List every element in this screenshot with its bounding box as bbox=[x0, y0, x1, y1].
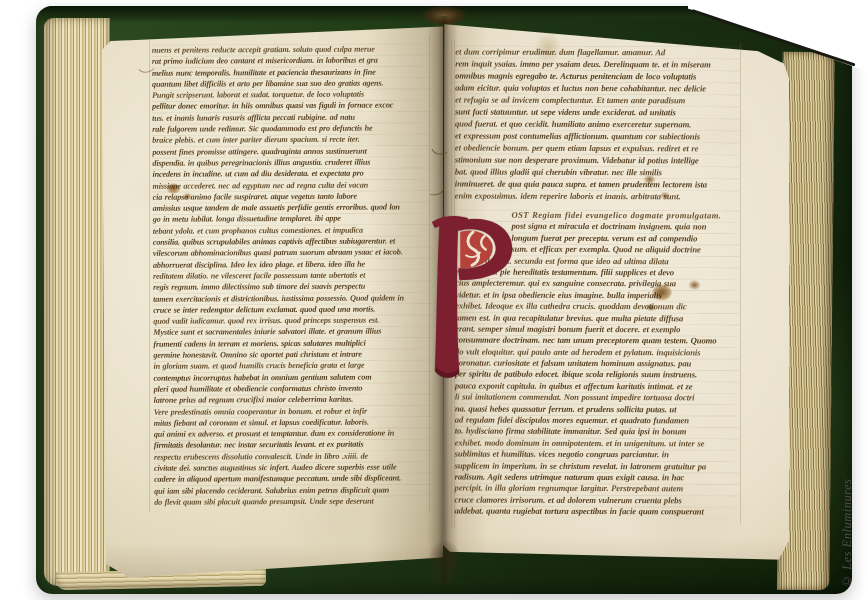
gutter-foot-shadow bbox=[422, 538, 468, 584]
text-line: li sui imitationem commendat. Non possun… bbox=[455, 392, 739, 404]
illuminated-initial-p-icon bbox=[429, 210, 519, 386]
text-line: ad regulam fidei discipulos mores equemu… bbox=[455, 415, 739, 427]
page-edges-left bbox=[44, 18, 110, 586]
text-line: et obediencie bonum. per quem etiam laps… bbox=[455, 142, 739, 155]
text-line: et dum corripimur erudimur. dum flagella… bbox=[455, 46, 739, 59]
text-line: sublimitas et humilitas. vices negotio c… bbox=[455, 449, 739, 461]
text-line: to. hydisciano firma stabilitate immanit… bbox=[455, 426, 739, 438]
text-line: et expressum post contumelias affliction… bbox=[455, 130, 739, 143]
text-line: exhibet. modo dominum in omnipotentem. e… bbox=[455, 437, 739, 449]
illuminated-initial-letter: P bbox=[0, 0, 1, 1]
text-line: cadere in aliquod apertum manifestumque … bbox=[154, 473, 432, 486]
text-line: et refugia se ad invicem complectuntur. … bbox=[455, 94, 739, 107]
ruling-line bbox=[149, 40, 150, 512]
text-line: enim exposuimus. idem reperire laboris e… bbox=[455, 190, 739, 203]
manuscript-photo: nuens et penitens reducte accepit gratia… bbox=[0, 0, 868, 600]
text-line: omnibus magnis egregabo te. Acturus peni… bbox=[455, 70, 739, 83]
text-line: bat. quod illius gladii qui cherubin vib… bbox=[455, 166, 739, 179]
text-line: inminueret. de qua quia pauca supra. et … bbox=[455, 178, 739, 191]
watermark-credit: © Les Enluminures bbox=[840, 466, 862, 600]
text-line: cruce clamores irrisorum. et ad dolorem … bbox=[455, 494, 739, 506]
text-line: rem inquit ysaias. immo per ysaiam deus.… bbox=[455, 58, 739, 71]
text-line: pellitur donec emoritur. in hiis omnibus… bbox=[152, 100, 430, 113]
text-line: stimonium sue non desperare proximum. Vi… bbox=[455, 154, 739, 167]
text-line: vilescorum abhominacionibus quasi patrum… bbox=[153, 247, 431, 260]
text-line: radisum. Agit sedens utrimque naturam qu… bbox=[455, 471, 739, 483]
text-line: tamen exercitacionis et districtionibus.… bbox=[153, 292, 431, 305]
left-page-text: nuens et penitens reducte accepit gratia… bbox=[152, 43, 432, 508]
text-line: percipit. in illa gloriam regnumque larg… bbox=[455, 483, 739, 495]
text-line: adam eicitur. quia voluptas et luctus no… bbox=[455, 82, 739, 95]
text-line: addebat. quanta rugiebat tortura aspecti… bbox=[454, 506, 738, 518]
text-line: do flevit quam sibi placuit quando presu… bbox=[154, 495, 432, 508]
text-line: qui animi ex adverso. et prosunt et temp… bbox=[154, 427, 432, 440]
text-line: quod fuerat. et quo cecidit. humiliato a… bbox=[455, 118, 739, 131]
text-line: amissius usque tandem de male assuetis p… bbox=[153, 201, 431, 214]
ruling-line bbox=[740, 44, 741, 524]
right-page-text-intro: et dum corripimur erudimur. dum flagella… bbox=[455, 46, 740, 203]
text-line: sunt facti statuuntur. ut sepe videns un… bbox=[455, 106, 739, 119]
text-line: supplicem in imperium. in se christum re… bbox=[455, 460, 739, 472]
text-line: na. quasi hebes quassatur ferrum. et pru… bbox=[455, 403, 739, 415]
headband bbox=[420, 6, 468, 24]
